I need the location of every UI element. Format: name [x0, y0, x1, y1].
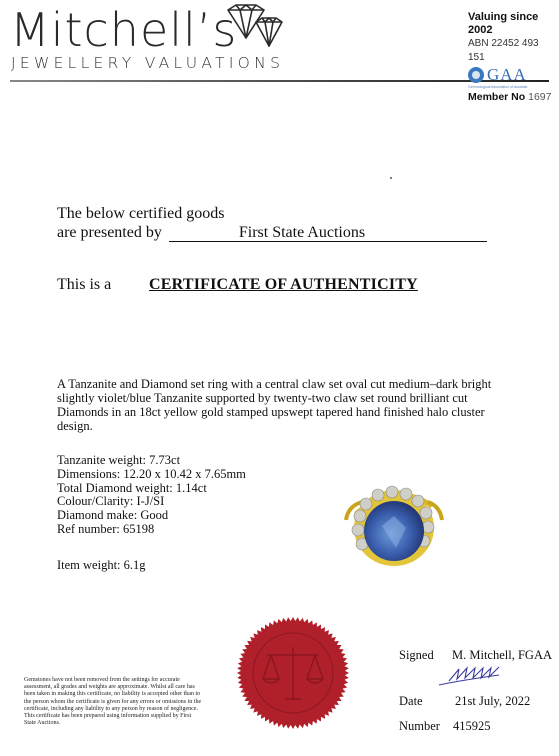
certificate-prefix: This is a: [57, 276, 111, 294]
valuing-since: Valuing since 2002: [468, 11, 558, 37]
wax-seal: [237, 617, 349, 729]
spec-list: Tanzanite weight: 7.73ct Dimensions: 12.…: [57, 454, 246, 537]
spec-colour-clarity: Colour/Clarity: I-J/SI: [57, 495, 246, 509]
intro-line-1: The below certified goods: [57, 205, 225, 223]
brand-subtitle: JEWELLERY VALUATIONS: [11, 54, 284, 72]
presented-by-label: are presented by: [57, 224, 162, 241]
tanzanite-ring-image: [338, 476, 450, 571]
certificate-title: CERTIFICATE OF AUTHENTICITY: [149, 276, 418, 294]
brand-name: Mitchell’s: [10, 4, 237, 56]
paper-speck: [390, 177, 392, 179]
spec-diamond-make: Diamond make: Good: [57, 509, 246, 523]
member-value: 1697: [528, 91, 551, 103]
presenter-name: First State Auctions: [239, 224, 365, 242]
gaa-logo: GAA: [468, 66, 558, 84]
member-label: Member No: [468, 91, 525, 103]
signed-value: M. Mitchell, FGAA: [452, 648, 552, 663]
signature-scribble: [437, 665, 507, 687]
spec-dimensions: Dimensions: 12.20 x 10.42 x 7.65mm: [57, 468, 246, 482]
date-value: 21st July, 2022: [455, 694, 530, 709]
member-number: Member No 1697: [468, 90, 558, 104]
date-label: Date: [399, 694, 423, 709]
spec-diamond-weight: Total Diamond weight: 1.14ct: [57, 482, 246, 496]
diamond-pair-icon: [222, 4, 284, 50]
item-weight: Item weight: 6.1g: [57, 558, 146, 573]
number-label: Number: [399, 719, 440, 734]
disclaimer-text: Gemstones have not been removed from the…: [24, 677, 204, 727]
intro-line-2: are presented by First State Auctions: [57, 224, 487, 242]
item-description: A Tanzanite and Diamond set ring with a …: [57, 377, 517, 433]
abn-number: ABN 22452 493 151: [468, 37, 558, 65]
number-value: 415925: [453, 719, 491, 734]
gaa-abbr: GAA: [487, 65, 527, 85]
signed-label: Signed: [399, 648, 434, 663]
presenter-field: First State Auctions: [169, 225, 487, 242]
gaa-badge-icon: [468, 67, 484, 83]
header-credentials: Valuing since 2002 ABN 22452 493 151 GAA…: [468, 11, 558, 104]
spec-ref-number: Ref number: 65198: [57, 523, 246, 537]
spec-tanzanite-weight: Tanzanite weight: 7.73ct: [57, 454, 246, 468]
